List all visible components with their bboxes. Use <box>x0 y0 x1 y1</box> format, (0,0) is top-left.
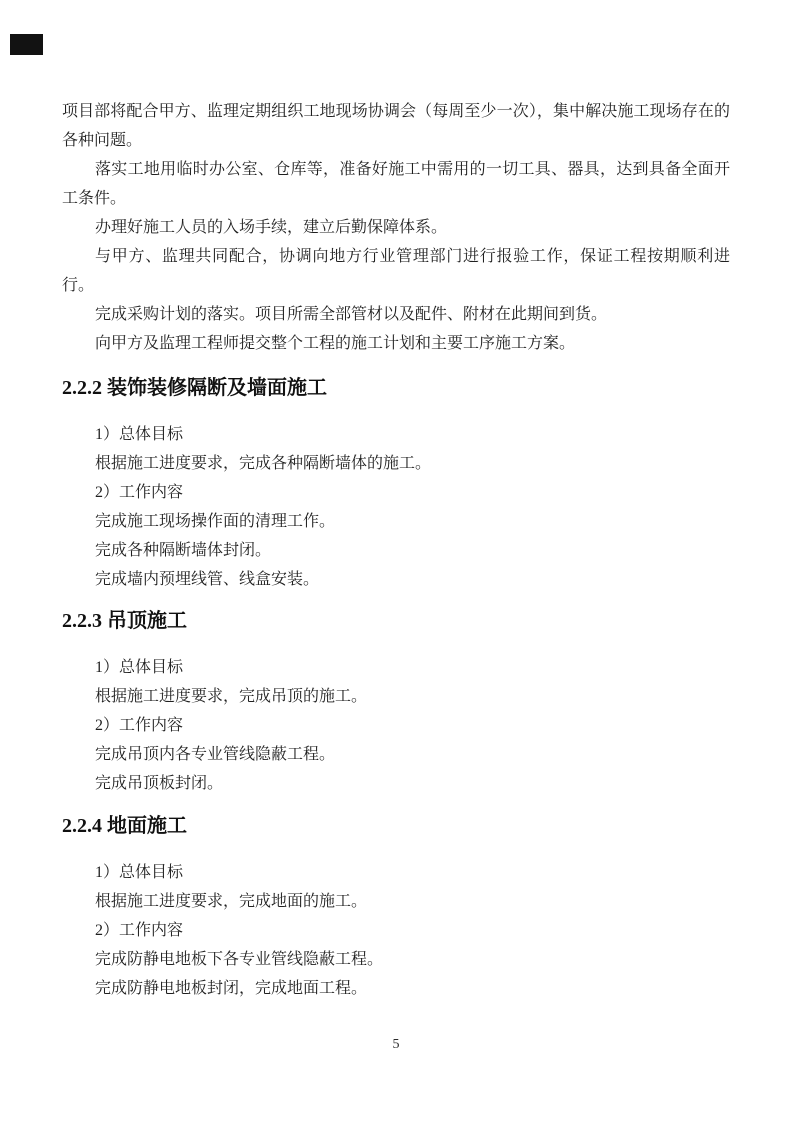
body-paragraph: 完成各种隔断墙体封闭。 <box>62 536 730 565</box>
body-paragraph: 完成防静电地板封闭，完成地面工程。 <box>62 974 730 1003</box>
page-footer: 5 <box>62 1036 730 1054</box>
body-paragraph: 向甲方及监理工程师提交整个工程的施工计划和主要工序施工方案。 <box>62 329 730 358</box>
scan-artifact-mark <box>10 34 43 55</box>
body-paragraph: 完成吊顶板封闭。 <box>62 769 730 798</box>
body-paragraph: 2）工作内容 <box>62 916 730 945</box>
section-heading: 2.2.2 装饰装修隔断及墙面施工 <box>62 373 730 403</box>
body-paragraph: 根据施工进度要求，完成地面的施工。 <box>62 887 730 916</box>
body-paragraph: 根据施工进度要求，完成吊顶的施工。 <box>62 682 730 711</box>
body-paragraph: 落实工地用临时办公室、仓库等，准备好施工中需用的一切工具、器具，达到具备全面开工… <box>62 155 730 213</box>
body-paragraph: 1）总体目标 <box>62 858 730 887</box>
body-paragraph: 1）总体目标 <box>62 653 730 682</box>
document-page: 项目部将配合甲方、监理定期组织工地现场协调会（每周至少一次），集中解决施工现场存… <box>0 0 793 1122</box>
body-paragraph: 2）工作内容 <box>62 711 730 740</box>
body-paragraph: 1）总体目标 <box>62 420 730 449</box>
page-number: 5 <box>393 1037 400 1052</box>
body-paragraph: 完成采购计划的落实。项目所需全部管材以及配件、附材在此期间到货。 <box>62 300 730 329</box>
body-paragraph: 完成吊顶内各专业管线隐蔽工程。 <box>62 740 730 769</box>
section-heading: 2.2.4 地面施工 <box>62 811 730 841</box>
body-paragraph: 根据施工进度要求，完成各种隔断墙体的施工。 <box>62 449 730 478</box>
body-paragraph: 办理好施工人员的入场手续，建立后勤保障体系。 <box>62 213 730 242</box>
body-paragraph: 与甲方、监理共同配合，协调向地方行业管理部门进行报验工作，保证工程按期顺利进行。 <box>62 242 730 300</box>
body-paragraph: 完成防静电地板下各专业管线隐蔽工程。 <box>62 945 730 974</box>
body-paragraph: 完成施工现场操作面的清理工作。 <box>62 507 730 536</box>
body-paragraph: 完成墙内预埋线管、线盒安装。 <box>62 565 730 594</box>
document-body: 项目部将配合甲方、监理定期组织工地现场协调会（每周至少一次），集中解决施工现场存… <box>62 0 730 1003</box>
body-paragraph: 2）工作内容 <box>62 478 730 507</box>
body-paragraph: 项目部将配合甲方、监理定期组织工地现场协调会（每周至少一次），集中解决施工现场存… <box>62 97 730 155</box>
section-heading: 2.2.3 吊顶施工 <box>62 606 730 636</box>
